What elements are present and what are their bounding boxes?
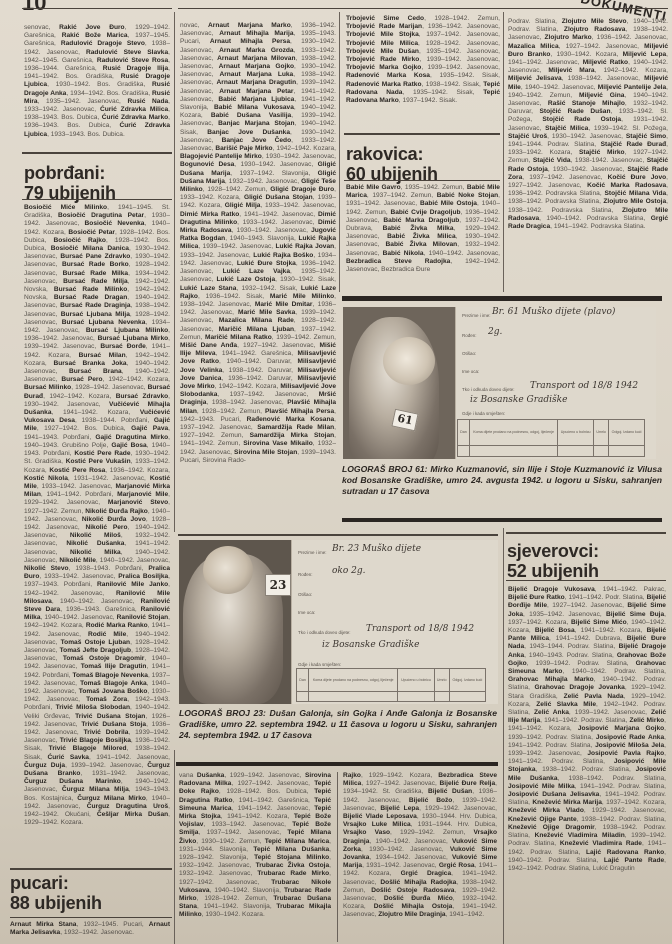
section-list-pobrdani: Bosiočić Miće Milinko, 1941–1945. St. Gr… <box>24 204 170 860</box>
card-handwritten-from: iz Bosanske Gradiške <box>470 395 567 405</box>
victims-list: Bosiočić Miće Milinko, 1941–1945. St. Gr… <box>24 204 170 827</box>
card-table-header: Upućeno u bolnicu <box>558 420 594 446</box>
top-rule <box>22 8 172 9</box>
card-field-label: Gdje i kada smješten: <box>298 662 341 667</box>
card-table-header: Upućeno u bolnicu <box>398 669 434 692</box>
section-title-line2: 79 ubijenih <box>24 183 116 203</box>
column-separator <box>337 772 338 942</box>
card-table-header: Dan <box>297 669 309 692</box>
photo-face <box>203 546 253 594</box>
newspaper-page: 10 DOKUMENTI senovac, Rakić Jove Đuro, 1… <box>0 0 672 944</box>
column-separator <box>174 750 175 944</box>
card-handwritten-from: Transport od 18/8 1942 <box>366 624 474 634</box>
victims-list: novac, Arnaut Marjana Marko, 1936–1942. … <box>180 22 336 465</box>
column-separator <box>503 528 504 944</box>
card-table-header: Koma dijete prodano na podnesnu, odgoj, … <box>469 420 557 446</box>
section-title-pobrdani: pobrđani: 79 ubijenih <box>24 163 116 203</box>
card-table-header: Koma dijete prodano na podnesnu, odgoj, … <box>309 669 398 692</box>
card-field-label: Ime oca: <box>462 369 479 374</box>
section-title-line2: 88 ubijenih <box>10 893 102 913</box>
divider <box>506 580 666 581</box>
photo-caption-61: LOGORAŠ BROJ 61: Mirko Kuzmanović, sin I… <box>342 464 662 497</box>
photo-caption-23: LOGORAŠ BROJ 23: Dušan Galonja, sin Gojk… <box>179 708 497 741</box>
column-3-list: Trbojević Sime Čedo, 1928–1942. Zemun, T… <box>346 15 500 127</box>
column-2-list: novac, Arnaut Marjana Marko, 1936–1942. … <box>180 22 336 527</box>
victims-list: Bijelić Dragoje Vukosava, 1941–1942. Pak… <box>508 586 666 873</box>
section-list-sjeverovci: Bijelić Dragoje Vukosava, 1941–1942. Pak… <box>508 586 666 942</box>
column-1-intro: senovac, Rakić Jove Đuro, 1929–1942. Gar… <box>24 24 170 139</box>
card-handwritten-born: 2g. <box>488 327 502 337</box>
bottom-list-left: vana Dušanka, 1929–1942. Jasenovac, Siro… <box>179 772 331 942</box>
victims-list: Arnaut Mirka Stana, 1932–1945. Pucari, A… <box>10 921 170 937</box>
card-field-label: Otišao: <box>462 351 476 356</box>
card-handwritten-from: Transport od 18/8 1942 <box>530 381 638 391</box>
victims-list: Babić Mile Gavro, 1935–1942. Zemun, Babi… <box>346 184 500 274</box>
section-title-sjeverovci: sjeverovci: 52 ubijenih <box>507 541 599 581</box>
photo-block-top-rule <box>342 296 662 301</box>
section-title-line1: sjeverovci: <box>507 541 599 561</box>
card-field-label: Gdje i kada smješten: <box>462 411 505 416</box>
child-photo-23: 23 <box>179 540 291 704</box>
victims-list: Rajko, 1929–1942. Kozara, Bezbradica Ste… <box>343 772 497 920</box>
victims-list: Podrav. Slatina, Zlojutro Mile Stevo, 19… <box>508 18 668 231</box>
divider <box>10 868 172 870</box>
section-list-rakovica: Babić Mile Gavro, 1935–1942. Zemun, Babi… <box>346 184 500 284</box>
card-handwritten-born: oko 2g. <box>332 566 366 576</box>
card-field-label: Tko i odkuda doveo dijete: <box>298 630 351 635</box>
bottom-list-right: Rajko, 1929–1942. Kozara, Bezbradica Ste… <box>343 772 497 942</box>
column-separator <box>339 12 340 292</box>
divider <box>22 199 172 200</box>
card-table-header: Dan <box>458 420 470 446</box>
number-tag-23: 23 <box>265 574 291 596</box>
section-title-line2: 52 ubijenih <box>507 561 599 581</box>
card-field-label: Prezime i ime: <box>462 313 491 318</box>
card-field-label: Tko i odkuda doveo dijete: <box>462 387 515 392</box>
victims-list: Trbojević Sime Čedo, 1928–1942. Zemun, T… <box>346 15 500 105</box>
section-list-pucari: Arnaut Mirka Stana, 1932–1945. Pucari, A… <box>10 921 170 941</box>
record-card-61: Prezime i ime: Br. 61 Muško dijete (plav… <box>455 307 656 459</box>
card-table-header: Umrlo <box>594 420 609 446</box>
section-title-line1: pucari: <box>10 873 102 893</box>
intro-text: senovac, Rakić Jove Đuro, 1929–1942. Gar… <box>24 24 170 139</box>
card-field-label: Rođen: <box>462 333 477 338</box>
card-field-label: Ime oca: <box>298 610 315 615</box>
column-separator <box>503 12 504 292</box>
column-4-list: Podrav. Slatina, Zlojutro Mile Stevo, 19… <box>508 18 668 286</box>
child-photo-61: 61 <box>343 307 455 459</box>
card-field-label: Otišao: <box>298 592 312 597</box>
card-table: Dan Koma dijete prodano na podnesnu, odg… <box>296 668 486 702</box>
photo-block-bottom-rule <box>342 518 662 522</box>
section-title-pucari: pucari: 88 ubijenih <box>10 873 102 913</box>
card-handwritten-name: Br. 23 Muško dijete <box>332 544 421 554</box>
photo-face <box>383 337 435 385</box>
section-title-line1: rakovica: <box>346 144 438 164</box>
card-table-header: Umrlo <box>434 669 449 692</box>
card-handwritten-name: Br. 61 Muško dijete (plavo) <box>492 307 615 317</box>
photo-block-bottom-rule <box>176 762 498 766</box>
card-table-header: Odgoj. Izdano kući <box>609 420 645 446</box>
divider <box>344 133 500 135</box>
card-table: Dan Koma dijete prodano na podnesnu, odg… <box>457 419 645 457</box>
card-field-label: Prezime i ime: <box>298 550 327 555</box>
victims-list: vana Dušanka, 1929–1942. Jasenovac, Siro… <box>179 772 331 920</box>
top-rule-right <box>178 8 668 9</box>
divider <box>10 917 172 918</box>
divider <box>22 152 172 154</box>
column-separator <box>174 12 175 532</box>
card-table-header: Odgoj. Izdano kući <box>449 669 485 692</box>
divider <box>344 180 500 181</box>
card-field-label: Rođen: <box>298 572 313 577</box>
photo-block-top-rule <box>178 534 498 536</box>
card-handwritten-from: iz Bosanske Gradiške <box>322 640 419 650</box>
section-title-line2: 60 ubijenih <box>346 164 438 184</box>
photo-figure <box>349 317 439 459</box>
section-title-line1: pobrđani: <box>24 163 116 183</box>
section-title-rakovica: rakovica: 60 ubijenih <box>346 144 438 184</box>
record-card-23: Prezime i ime: Br. 23 Muško dijete Rođen… <box>291 540 498 704</box>
divider <box>506 532 666 534</box>
